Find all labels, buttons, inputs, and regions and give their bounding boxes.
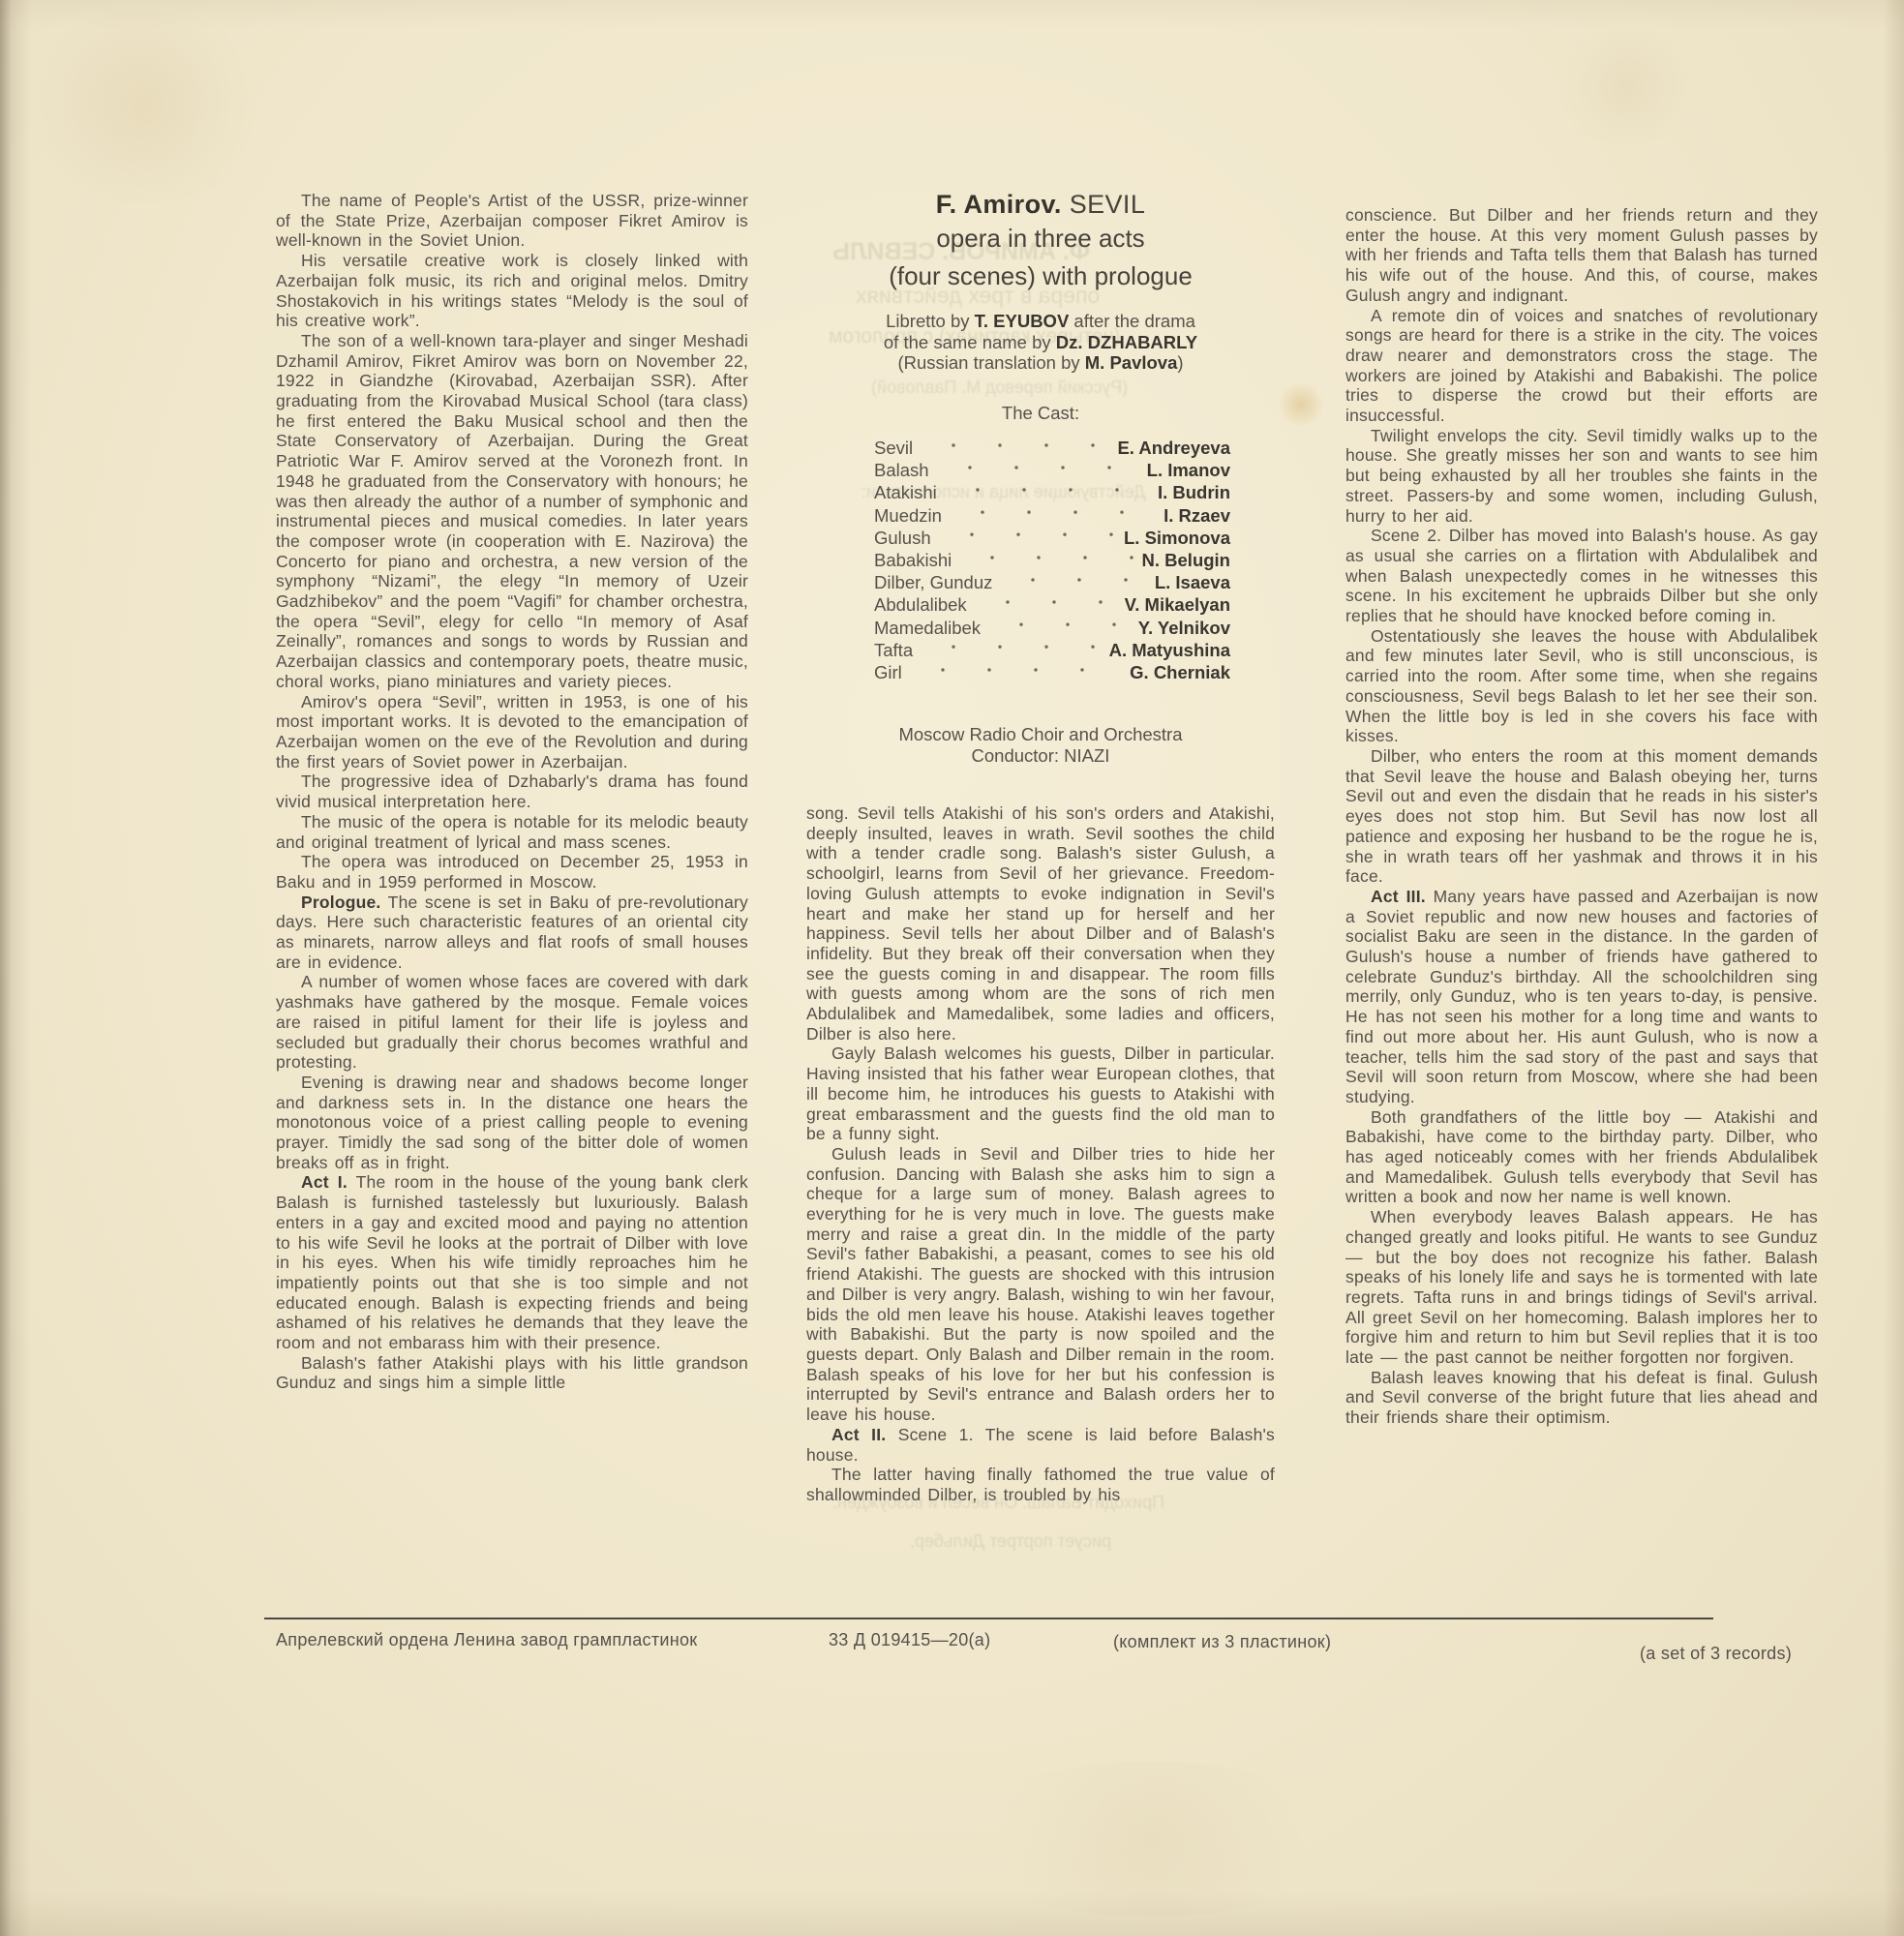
paper-foxing [1549,29,1704,145]
libretto-line: of the same name by Dz. DZHABARLY [806,332,1275,353]
opera-subtitle-line: opera in three acts [806,220,1275,257]
dot-leader [981,593,1119,612]
cast-performer: G. Cherniak [1130,663,1230,683]
cast-list: SevilE. AndreyevaBalashL. ImanovAtakishi… [806,437,1275,683]
dot-leader [916,661,1124,680]
paper-foxing [949,1762,1355,1917]
ensemble-block: Moscow Radio Choir and Orchestra Conduct… [806,724,1275,767]
paragraph: The music of the opera is notable for it… [276,812,748,852]
paragraph: The opera was introduced on December 25,… [276,852,748,892]
paragraph: The progressive idea of Dzhabarly's dram… [276,771,748,811]
show-through-text: рисует портрет Дильбер, [910,1531,1111,1552]
paragraph: Gulush leads in Sevil and Dilber tries t… [806,1144,1275,1425]
cast-row: BalashL. Imanov [874,459,1230,481]
cast-role: Atakishi [874,483,945,503]
libretto-line: (Russian translation by M. Pavlova) [806,352,1275,374]
paragraph: song. Sevil tells Atakishi of his son's … [806,803,1275,1044]
paragraph: Act I. The room in the house of the youn… [276,1172,748,1352]
cast-row: AbdulalibekV. Mikaelyan [874,593,1230,616]
dot-leader [926,638,1103,656]
paragraph: Dilber, who enters the room at this mome… [1345,746,1818,887]
paragraph-lead: Act II. [831,1425,886,1444]
paragraph: Act II. Scene 1. The scene is laid befor… [806,1425,1275,1465]
conductor-credit: Conductor: NIAZI [806,745,1275,767]
cast-performer: I. Budrin [1158,483,1230,503]
paragraph: When everybody leaves Balash appears. He… [1345,1207,1818,1368]
dot-leader [943,459,1141,477]
cast-row: TaftaA. Matyushina [874,638,1230,660]
cast-role: Sevil [874,439,921,459]
cast-row: BabakishiN. Belugin [874,549,1230,571]
paragraph: A number of women whose faces are covere… [276,972,748,1073]
cast-role: Abdulalibek [874,595,975,616]
paragraph: Gayly Balash welcomes his guests, Dilber… [806,1044,1275,1144]
paragraph: Prologue. The scene is set in Baku of pr… [276,892,748,973]
paragraph: His versatile creative work is closely l… [276,251,748,331]
paragraph: The name of People's Artist of the USSR,… [276,191,748,251]
cast-row: Dilber, GunduzL. Isaeva [874,571,1230,593]
cast-role: Girl [874,663,910,683]
synopsis-column-right: conscience. But Dilber and her friends r… [1345,205,1818,1428]
paragraph: Balash's father Atakishi plays with his … [276,1353,748,1393]
composer-name: F. Amirov. [936,190,1062,219]
cast-performer: L. Simonova [1124,529,1230,549]
cast-role: Balash [874,461,937,481]
opera-name: SEVIL [1070,190,1146,219]
cast-role: Gulush [874,529,939,549]
paragraph: Both grandfathers of the little boy — At… [1345,1107,1818,1208]
paragraph: A remote din of voices and snatches of r… [1345,306,1818,426]
paper-stain [1276,383,1326,426]
opera-title: F. Amirov. SEVIL [806,190,1275,220]
dot-leader [1006,571,1148,590]
dot-leader [965,549,1135,567]
paragraph: Ostentatiously she leaves the house with… [1345,626,1818,746]
pressing-plant-credit: Апрелевский ордена Ленина завод грамплас… [276,1630,697,1650]
cast-row: GirlG. Cherniak [874,661,1230,683]
cast-performer: L. Imanov [1147,461,1230,481]
cast-performer: A. Matyushina [1109,641,1230,661]
dot-leader [955,503,1158,522]
cast-row: SevilE. Andreyeva [874,437,1230,459]
cast-performer: N. Belugin [1142,551,1230,571]
libretto-credits: Libretto by T. EYUBOV after the dramaof … [806,311,1275,374]
cast-row: MuedzinI. Rzaev [874,503,1230,526]
title-block: F. Amirov. SEVIL opera in three acts (fo… [806,190,1275,767]
paragraph: conscience. But Dilber and her friends r… [1345,205,1818,306]
cast-role: Tafta [874,641,921,661]
paragraph-lead: Act III. [1371,887,1426,906]
biography-column: The name of People's Artist of the USSR,… [276,191,748,1393]
set-note-ru: (комплект из 3 пластинок) [1113,1632,1331,1652]
dot-leader [945,526,1118,544]
cast-role: Muedzin [874,506,950,527]
dot-leader [926,437,1111,455]
paragraph: Scene 2. Dilber has moved into Balash's … [1345,526,1818,626]
dot-leader [951,481,1152,499]
paragraph-lead: Act I. [301,1172,348,1192]
paragraph: Balash leaves knowing that his defeat is… [1345,1368,1818,1428]
paragraph: Amirov's opera “Sevil”, written in 1953,… [276,692,748,772]
synopsis-column-center: song. Sevil tells Atakishi of his son's … [806,803,1275,1505]
cast-row: MamedalibekY. Yelnikov [874,616,1230,638]
set-note-en: (a set of 3 records) [1640,1644,1792,1664]
paragraph: The latter having finally fathomed the t… [806,1465,1275,1504]
cast-performer: V. Mikaelyan [1125,595,1230,616]
cast-role: Mamedalibek [874,619,988,639]
cast-performer: I. Rzaev [1164,506,1230,527]
cast-performer: L. Isaeva [1155,573,1230,593]
cast-heading: The Cast: [806,403,1275,424]
paper-foxing [19,10,271,203]
catalog-number: 33 Д 019415—20(а) [829,1630,990,1650]
paragraph: Twilight envelops the city. Sevil timidl… [1345,426,1818,527]
paragraph-lead: Prologue. [301,892,381,912]
cast-row: AtakishiI. Budrin [874,481,1230,503]
paragraph: Evening is drawing near and shadows beco… [276,1073,748,1173]
cast-row: GulushL. Simonova [874,526,1230,548]
libretto-line: Libretto by T. EYUBOV after the drama [806,311,1275,332]
cast-role: Dilber, Gunduz [874,573,1000,593]
footer-rule [264,1618,1713,1619]
dot-leader [994,616,1133,634]
cast-performer: E. Andreyeva [1117,439,1230,459]
ensemble-name: Moscow Radio Choir and Orchestra [806,724,1275,745]
record-sleeve-scan: { "page": { "bg_color": "#f0e7cc", "text… [0,0,1904,1936]
cast-role: Babakishi [874,551,959,571]
paragraph: Act III. Many years have passed and Azer… [1345,887,1818,1107]
opera-subtitle-line: (four scenes) with prologue [806,257,1275,295]
paragraph: The son of a well-known tara-player and … [276,331,748,692]
cast-performer: Y. Yelnikov [1138,619,1230,639]
